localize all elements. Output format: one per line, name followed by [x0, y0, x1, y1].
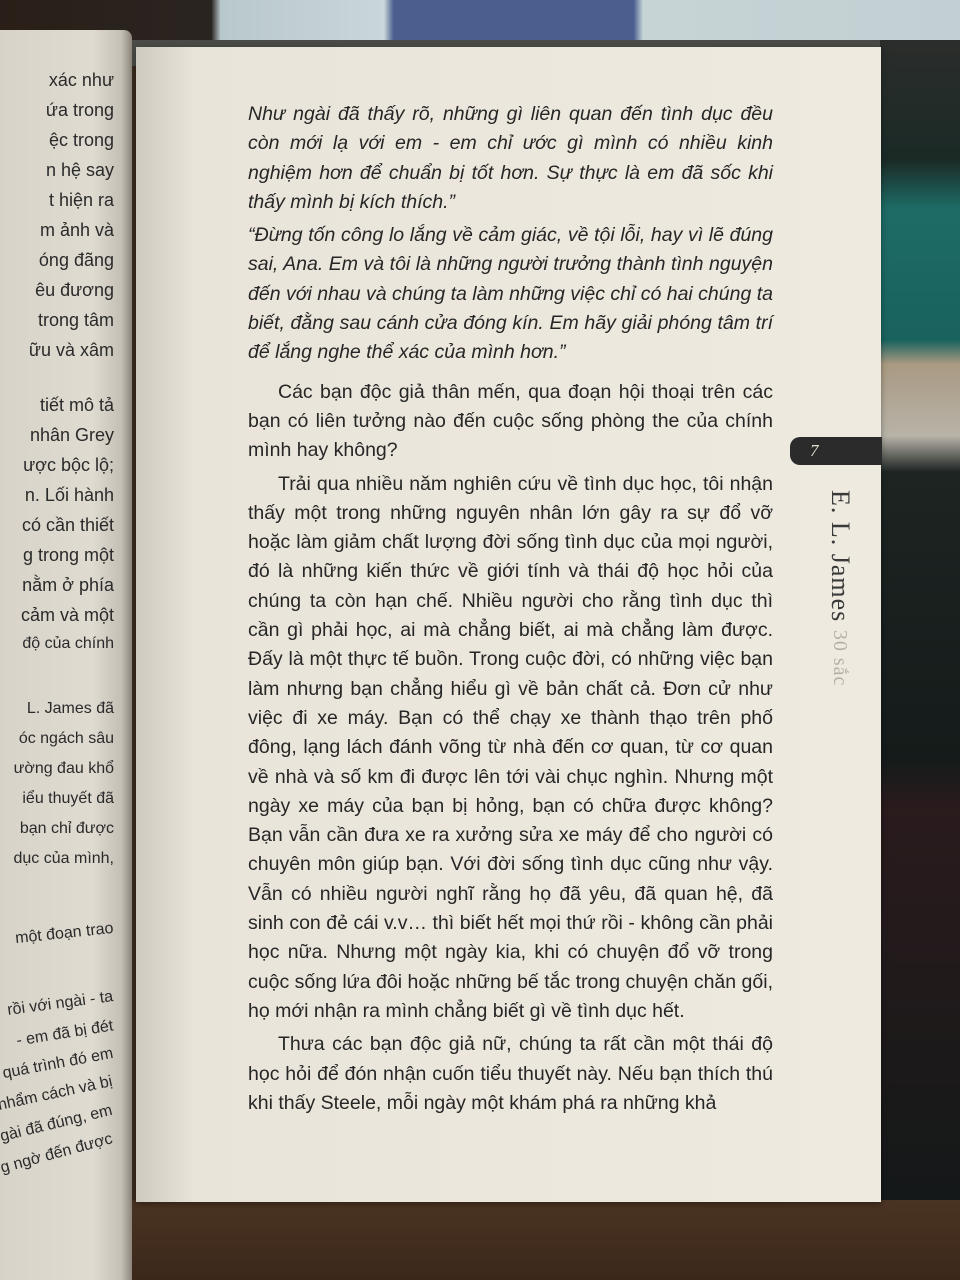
running-head-author: E. L. James 30 sắc [825, 490, 855, 686]
page-number-tab: 7 [790, 437, 882, 465]
left-page-line: rồi với ngài - ta [7, 988, 115, 1020]
left-page-line: ường đau khổ [14, 760, 114, 778]
left-page-line: trong tâm [38, 310, 114, 331]
left-page-line: óc ngách sâu [19, 730, 114, 748]
left-page-line: xác như [49, 70, 114, 91]
left-page-line: óng đãng [39, 250, 114, 271]
left-page-line: g trong một [23, 545, 114, 566]
left-page-line: n. Lối hành [25, 485, 114, 506]
background-books-stack [880, 40, 960, 1240]
body-paragraph-1: Các bạn độc giả thân mến, qua đoạn hội t… [248, 378, 773, 466]
left-page-line: có cần thiết [22, 515, 114, 536]
quote-paragraph-1: Như ngài đã thấy rõ, những gì liên quan … [248, 100, 773, 217]
left-page-line: nhân Grey [30, 425, 114, 446]
page-body-text: Như ngài đã thấy rõ, những gì liên quan … [248, 100, 773, 1118]
author-name: E. L. James [826, 490, 855, 622]
left-page-line: một đoạn trao [15, 920, 115, 948]
left-page-line: n hệ say [46, 160, 114, 181]
body-paragraph-3: Thưa các bạn độc giả nữ, chúng ta rất cầ… [248, 1030, 773, 1118]
quote-paragraph-2: “Đừng tốn công lo lắng về cảm giác, về t… [248, 221, 773, 367]
left-page-line: - em đã bị đét [15, 1017, 114, 1050]
left-page-line: ứa trong [46, 100, 114, 121]
left-page-line: iểu thuyết đã [22, 790, 114, 808]
left-page-line: t hiện ra [49, 190, 114, 211]
show-through-text: 30 sắc [829, 630, 851, 687]
left-page-line: ược bộc lộ; [23, 455, 114, 476]
left-page-line: ữu và xâm [29, 340, 114, 361]
left-page-line: dục của mình, [14, 850, 115, 868]
left-page-line: nằm ở phía [22, 575, 114, 596]
left-page-line: bạn chỉ được [20, 820, 114, 838]
left-page-line: êu đương [35, 280, 114, 301]
left-page-line: độ của chính [22, 635, 114, 653]
left-page: xác nhưứa trongệc trongn hệ sayt hiện ra… [0, 30, 132, 1280]
background-desk [0, 1200, 960, 1280]
left-page-line: m ảnh và [40, 220, 114, 241]
page-number: 7 [810, 441, 819, 460]
left-page-line: cảm và một [21, 605, 114, 626]
left-page-line: ệc trong [49, 130, 114, 151]
left-page-line: L. James đã [27, 700, 114, 718]
body-paragraph-2: Trải qua nhiều năm nghiên cứu về tình dụ… [248, 470, 773, 1027]
left-page-line: tiết mô tả [40, 395, 114, 416]
